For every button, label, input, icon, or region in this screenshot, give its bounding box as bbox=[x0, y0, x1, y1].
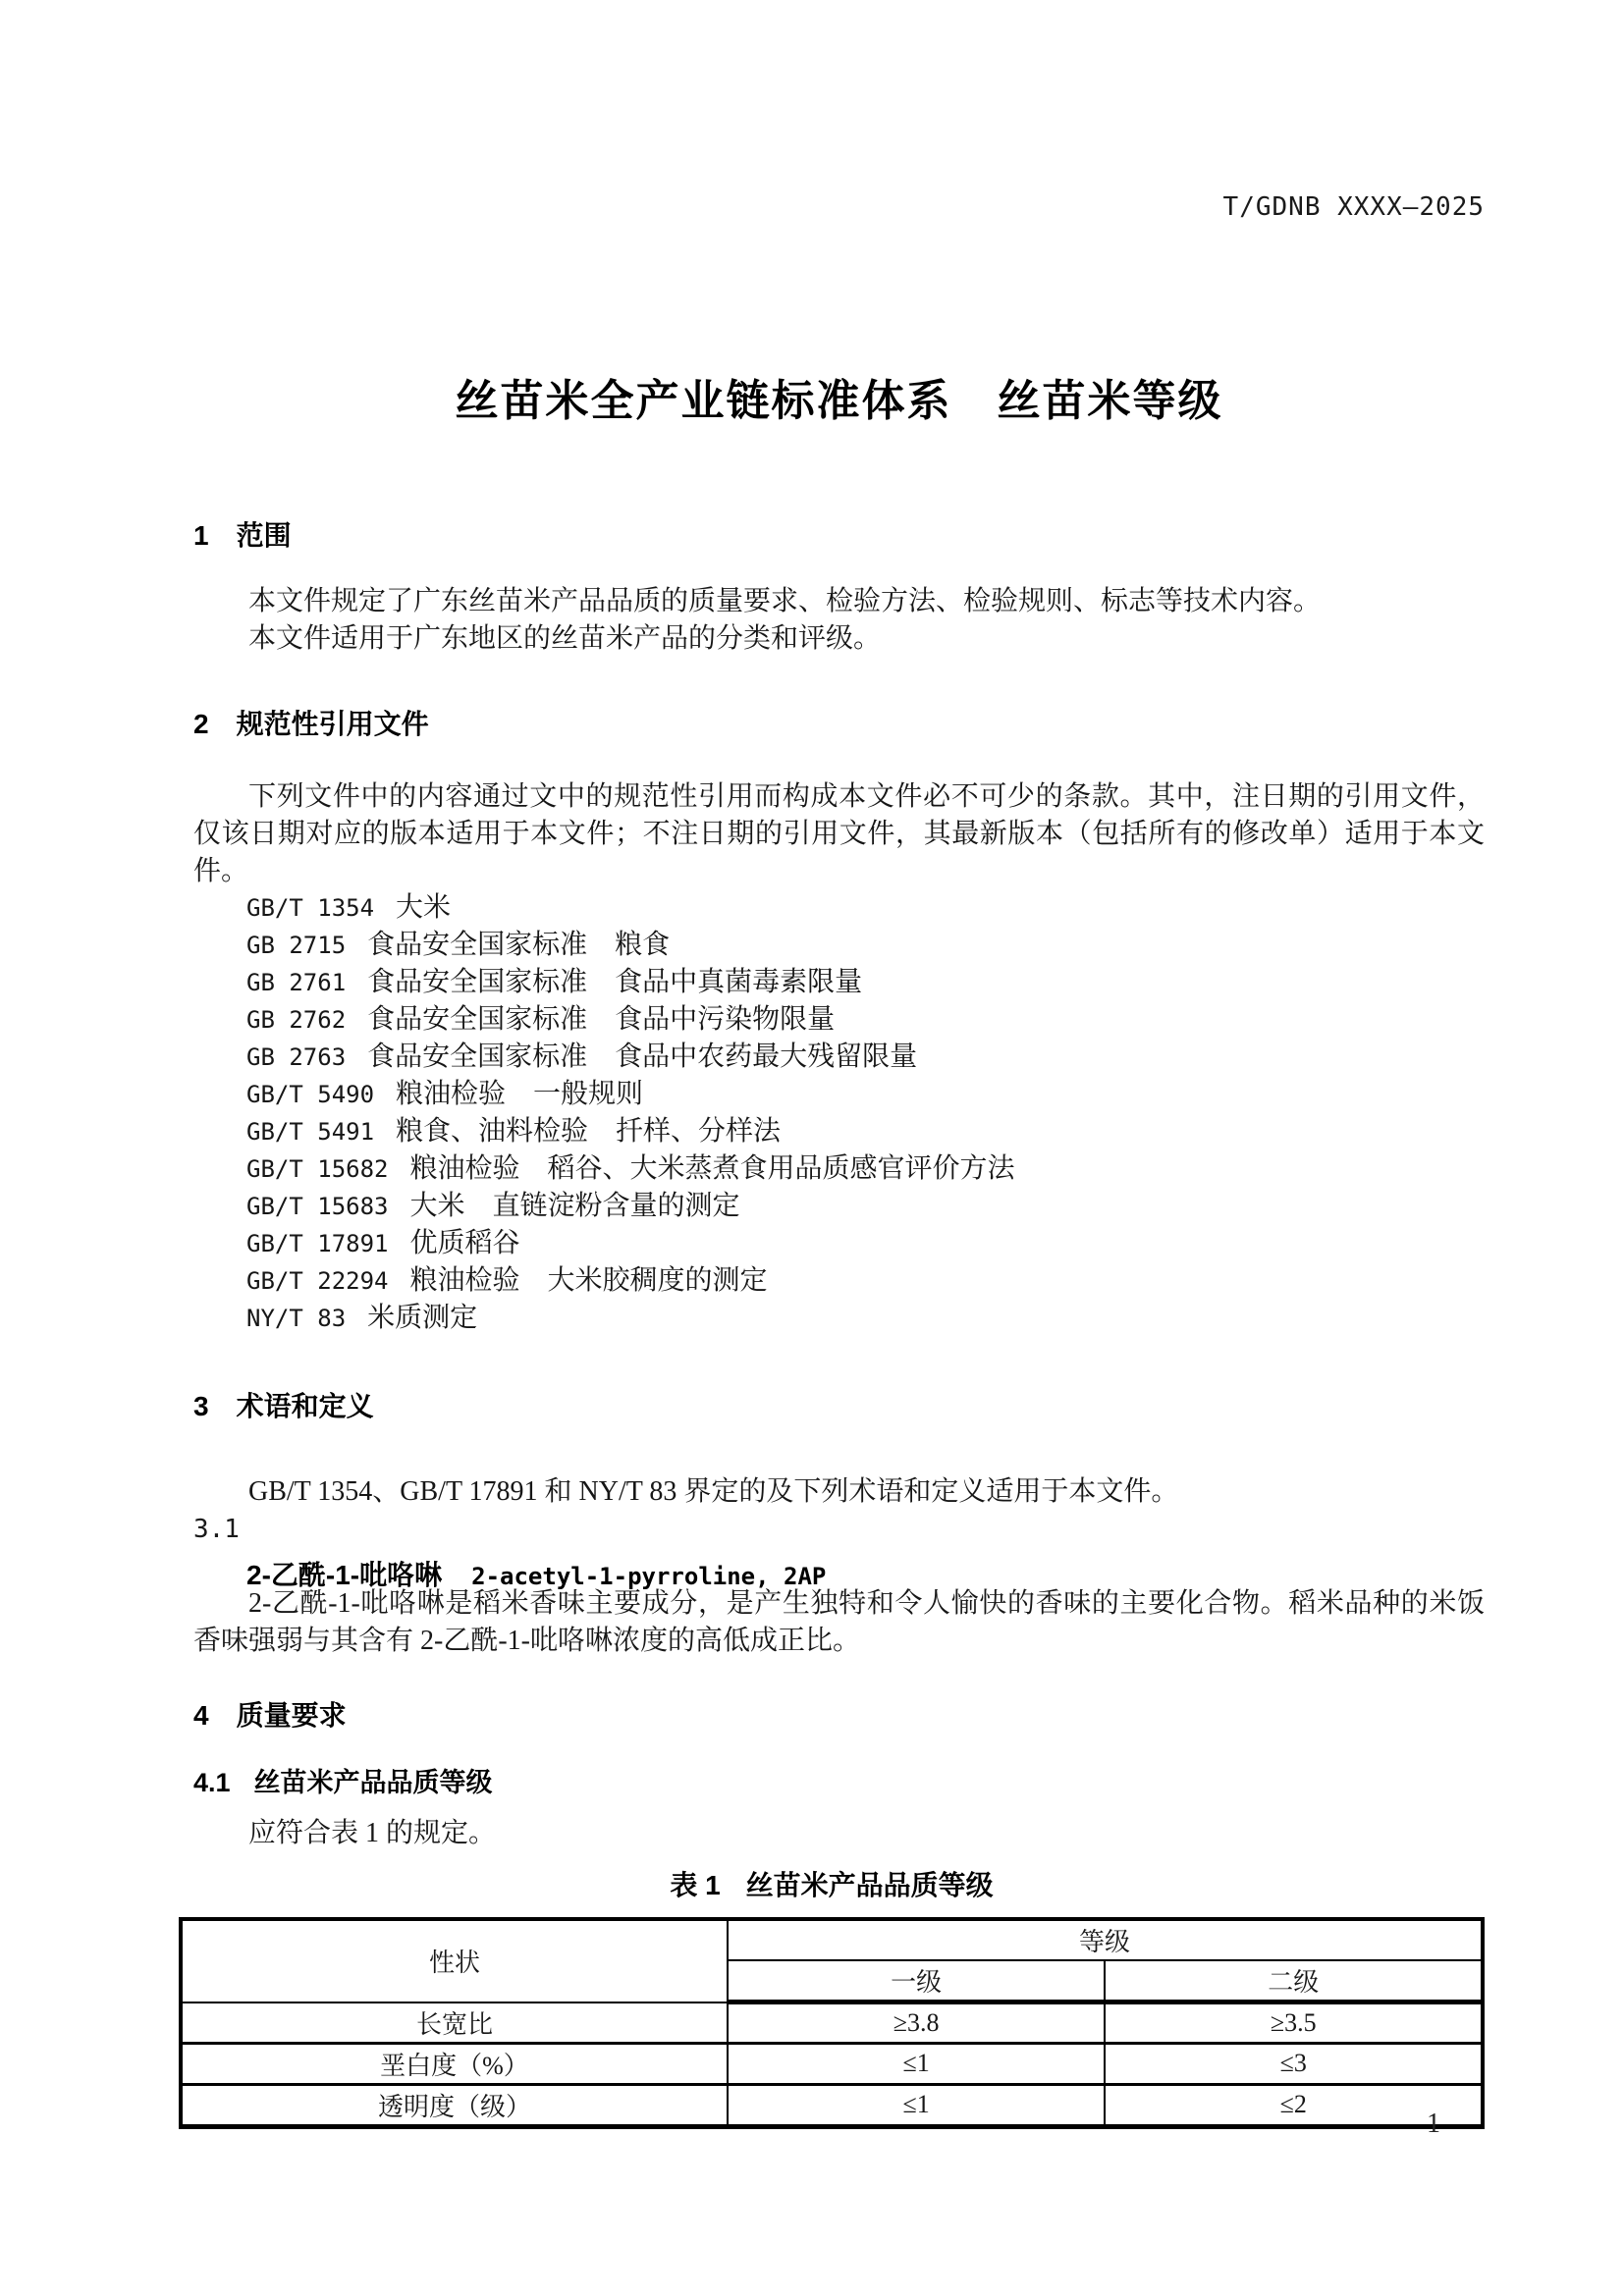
table-cell-attribute: 垩白度（%） bbox=[181, 2043, 728, 2084]
table-cell-grade1: ≤1 bbox=[728, 2043, 1106, 2084]
reference-name: 食品安全国家标准 食品中农药最大残留限量 bbox=[367, 1041, 917, 1072]
table-cell-attribute: 透明度（级） bbox=[181, 2084, 728, 2126]
table-1-caption: 表 1丝苗米产品品质等级 bbox=[179, 1864, 1485, 1903]
section-4-1-number: 4.1 bbox=[193, 1768, 231, 1798]
reference-code: GB/T 17891 bbox=[246, 1230, 389, 1257]
reference-item: GB 2761食品安全国家标准 食品中真菌毒素限量 bbox=[193, 964, 1485, 1001]
reference-item: GB/T 15682粮油检验 稻谷、大米蒸煮食用品质感官评价方法 bbox=[193, 1150, 1485, 1188]
section-1-title: 范围 bbox=[237, 514, 292, 554]
reference-name: 食品安全国家标准 食品中真菌毒素限量 bbox=[367, 967, 862, 997]
reference-name: 粮油检验 大米胶稠度的测定 bbox=[410, 1265, 768, 1296]
reference-code: NY/T 83 bbox=[246, 1305, 346, 1332]
reference-item: GB/T 5490粮油检验 一般规则 bbox=[193, 1076, 1485, 1113]
reference-item: GB 2763食品安全国家标准 食品中农药最大残留限量 bbox=[193, 1039, 1485, 1076]
table-row: 垩白度（%） ≤1 ≤3 bbox=[181, 2043, 1483, 2084]
table-cell-grade2: ≤3 bbox=[1105, 2043, 1483, 2084]
section-4-title: 质量要求 bbox=[237, 1694, 347, 1734]
quality-requirement-paragraph: 应符合表 1 的规定。 bbox=[193, 1815, 1485, 1852]
terms-intro-text: GB/T 1354、GB/T 17891 和 NY/T 83 界定的及下列术语和… bbox=[193, 1473, 1485, 1511]
reference-name: 粮食、油料检验 扦样、分样法 bbox=[396, 1116, 781, 1147]
scope-paragraph-2: 本文件适用于广东地区的丝苗米产品的分类和评级。 bbox=[193, 620, 1485, 658]
reference-name: 优质稻谷 bbox=[410, 1228, 520, 1258]
reference-item: GB/T 22294粮油检验 大米胶稠度的测定 bbox=[193, 1262, 1485, 1300]
section-3-heading: 3 术语和定义 bbox=[193, 1385, 374, 1424]
reference-item: GB/T 5491粮食、油料检验 扦样、分样法 bbox=[193, 1113, 1485, 1150]
standard-document-page: T/GDNB XXXX—2025 丝苗米全产业链标准体系 丝苗米等级 1 范围 … bbox=[0, 0, 1624, 2296]
reference-name: 粮油检验 一般规则 bbox=[396, 1079, 643, 1109]
reference-code: GB/T 5490 bbox=[246, 1081, 374, 1108]
reference-item: GB/T 17891优质稻谷 bbox=[193, 1225, 1485, 1262]
term-definition: 2-乙酰-1-吡咯啉是稻米香味主要成分，是产生独特和令人愉快的香味的主要化合物。… bbox=[193, 1585, 1485, 1660]
section-4-1-heading: 4.1 丝苗米产品品质等级 bbox=[193, 1761, 493, 1799]
table-cell-grade2: ≥3.5 bbox=[1105, 2002, 1483, 2044]
table-header-grade-2: 二级 bbox=[1105, 1960, 1483, 2002]
quality-requirement-text: 应符合表 1 的规定。 bbox=[193, 1815, 1485, 1852]
normative-references-intro: 下列文件中的内容通过文中的规范性引用而构成本文件必不可少的条款。其中，注日期的引… bbox=[193, 778, 1485, 890]
reference-code: GB/T 1354 bbox=[246, 894, 374, 922]
reference-code: GB/T 15683 bbox=[246, 1193, 389, 1220]
reference-code: GB 2761 bbox=[246, 969, 346, 996]
reference-code: GB/T 22294 bbox=[246, 1267, 389, 1295]
section-1-number: 1 bbox=[193, 520, 209, 552]
page-number: 1 bbox=[1412, 2109, 1455, 2140]
table-header-attribute: 性状 bbox=[181, 1919, 728, 2002]
reference-name: 大米 bbox=[396, 892, 451, 923]
table-cell-attribute: 长宽比 bbox=[181, 2002, 728, 2044]
reference-item: GB 2762食品安全国家标准 食品中污染物限量 bbox=[193, 1001, 1485, 1039]
section-2-title: 规范性引用文件 bbox=[237, 703, 429, 742]
reference-name: 米质测定 bbox=[367, 1303, 477, 1333]
clause-3-1-number: 3.1 bbox=[193, 1515, 240, 1544]
quality-grade-table: 性状 等级 一级 二级 长宽比 ≥3.8 ≥3.5 垩白度（%） ≤1 ≤3 透… bbox=[179, 1917, 1485, 2129]
reference-item: GB/T 15683大米 直链淀粉含量的测定 bbox=[193, 1188, 1485, 1225]
table-1-caption-label: 表 1 bbox=[670, 1870, 720, 1900]
standard-code: T/GDNB XXXX—2025 bbox=[1223, 192, 1485, 222]
reference-name: 食品安全国家标准 食品中污染物限量 bbox=[367, 1004, 835, 1035]
section-2-heading: 2 规范性引用文件 bbox=[193, 703, 429, 742]
normative-references-list: GB/T 1354大米 GB 2715食品安全国家标准 粮食 GB 2761食品… bbox=[193, 889, 1485, 1337]
reference-item: GB/T 1354大米 bbox=[193, 889, 1485, 927]
scope-paragraph-1: 本文件规定了广东丝苗米产品品质的质量要求、检验方法、检验规则、标志等技术内容。 bbox=[193, 583, 1485, 620]
terms-intro: GB/T 1354、GB/T 17891 和 NY/T 83 界定的及下列术语和… bbox=[193, 1473, 1485, 1511]
table-1-caption-title: 丝苗米产品品质等级 bbox=[746, 1870, 994, 1900]
term-definition-text: 2-乙酰-1-吡咯啉是稻米香味主要成分，是产生独特和令人愉快的香味的主要化合物。… bbox=[193, 1585, 1485, 1660]
reference-code: GB 2715 bbox=[246, 932, 346, 959]
table-header-grade-group: 等级 bbox=[728, 1919, 1483, 1960]
reference-code: GB/T 5491 bbox=[246, 1118, 374, 1146]
section-3-number: 3 bbox=[193, 1391, 209, 1422]
reference-code: GB 2763 bbox=[246, 1043, 346, 1071]
normative-references-intro-text: 下列文件中的内容通过文中的规范性引用而构成本文件必不可少的条款。其中，注日期的引… bbox=[193, 778, 1485, 890]
table-header-grade-1: 一级 bbox=[728, 1960, 1106, 2002]
reference-code: GB/T 15682 bbox=[246, 1155, 389, 1183]
reference-name: 大米 直链淀粉含量的测定 bbox=[410, 1191, 740, 1221]
table-row: 长宽比 ≥3.8 ≥3.5 bbox=[181, 2002, 1483, 2044]
table-row: 透明度（级） ≤1 ≤2 bbox=[181, 2084, 1483, 2126]
reference-item: GB 2715食品安全国家标准 粮食 bbox=[193, 927, 1485, 964]
section-3-title: 术语和定义 bbox=[237, 1385, 374, 1424]
reference-item: NY/T 83米质测定 bbox=[193, 1300, 1485, 1337]
section-4-number: 4 bbox=[193, 1700, 209, 1732]
reference-name: 食品安全国家标准 粮食 bbox=[367, 930, 670, 960]
table-cell-grade1: ≤1 bbox=[728, 2084, 1106, 2126]
section-4-1-title: 丝苗米产品品质等级 bbox=[254, 1761, 493, 1799]
table-header-row-group: 性状 等级 bbox=[181, 1919, 1483, 1960]
table-cell-grade1: ≥3.8 bbox=[728, 2002, 1106, 2044]
reference-name: 粮油检验 稻谷、大米蒸煮食用品质感官评价方法 bbox=[410, 1153, 1015, 1184]
section-1-heading: 1 范围 bbox=[193, 514, 292, 554]
section-2-number: 2 bbox=[193, 709, 209, 740]
section-4-heading: 4 质量要求 bbox=[193, 1694, 347, 1734]
section-1-body: 本文件规定了广东丝苗米产品品质的质量要求、检验方法、检验规则、标志等技术内容。 … bbox=[193, 583, 1485, 658]
reference-code: GB 2762 bbox=[246, 1006, 346, 1034]
document-title: 丝苗米全产业链标准体系 丝苗米等级 bbox=[193, 365, 1485, 428]
